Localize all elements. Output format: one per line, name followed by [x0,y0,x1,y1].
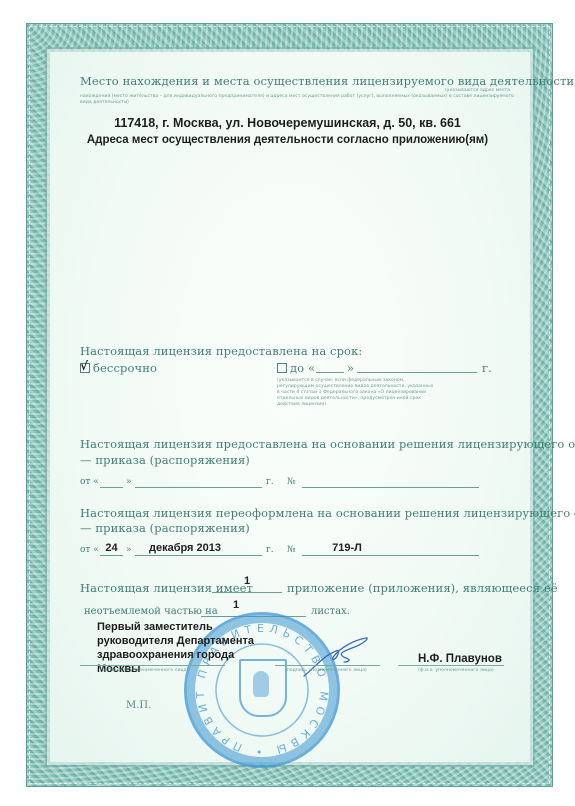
until-prefix: до « [290,361,315,375]
reissued-year-suffix: г. [266,545,274,555]
granted-mid: » [126,477,132,487]
signatory-name: Н.Ф. Плавунов [418,653,502,665]
appendix-address-note: Адреса мест осуществления деятельности с… [0,134,575,146]
signature-line[interactable] [275,665,380,666]
until-year-suffix: г. [482,361,492,375]
checkbox-indefinite[interactable]: √ [80,363,90,373]
name-line [398,665,504,666]
reissued-from-prefix: от « [80,545,99,555]
reissued-date-field[interactable] [135,555,262,556]
reissued-number-field[interactable] [302,555,479,556]
caption-position: (должность уполномоченного лица) [100,668,188,673]
appendix-count-field[interactable] [212,592,282,593]
granted-heading-line2: — приказа (распоряжения) [80,453,250,467]
term-option-indefinite[interactable]: √бессрочно [80,361,157,375]
address: 117418, г. Москва, ул. Новочеремушинская… [0,116,575,130]
caption-name: (ф.и.о. уполномоченного лица) [418,668,494,673]
term-note: (указывается в случае, если федеральным … [277,378,437,408]
position-line-1: Первый заместитель [97,620,254,634]
location-note: (указываются адрес места нахождения (мес… [80,88,520,107]
appendix-line1-suffix: приложение (приложения), являющееся её [287,581,558,595]
reissued-date-value: декабря 2013 [135,542,235,554]
granted-number-field[interactable] [302,487,479,488]
position-line [80,665,225,666]
reissued-mid: » [126,545,132,555]
reissued-heading-line2: — приказа (распоряжения) [80,521,250,535]
until-mid: » [347,361,354,375]
checkbox-until[interactable] [277,363,287,373]
signature-icon [300,632,370,682]
position-line-2: руководителя Департамента [97,634,254,648]
granted-from-prefix: от « [80,477,99,487]
granted-year-suffix: г. [266,477,274,487]
until-date-field[interactable] [357,372,477,373]
reissued-day-value: 24 [100,542,123,554]
granted-day-field[interactable] [100,487,123,488]
indefinite-label: бессрочно [93,361,157,375]
location-heading-text: Место нахождения и места осуществления л… [80,74,574,88]
granted-number-label: № [287,477,296,487]
term-option-until[interactable]: до « [277,361,315,375]
granted-date-field[interactable] [135,487,262,488]
position-line-3: здравоохранения города [97,648,254,662]
appendix-count-value: 1 [212,575,282,587]
reissued-day-field[interactable] [100,555,123,556]
reissued-number-value: 719-Л [302,542,392,554]
location-heading: Место нахождения и места осуществления л… [80,74,530,88]
checkmark-icon: √ [80,359,88,373]
reissued-number-label: № [287,545,296,555]
reissued-heading-line1: Настоящая лицензия переоформлена на осно… [80,506,575,520]
granted-heading-line1: Настоящая лицензия предоставлена на осно… [80,437,575,451]
seal-label: М.П. [126,700,151,711]
term-heading: Настоящая лицензия предоставлена на срок… [80,344,362,358]
until-day-field[interactable] [316,372,344,373]
caption-signature: (подпись уполномоченного лица) [285,668,367,673]
appendix-sheets-value: 1 [201,599,271,611]
